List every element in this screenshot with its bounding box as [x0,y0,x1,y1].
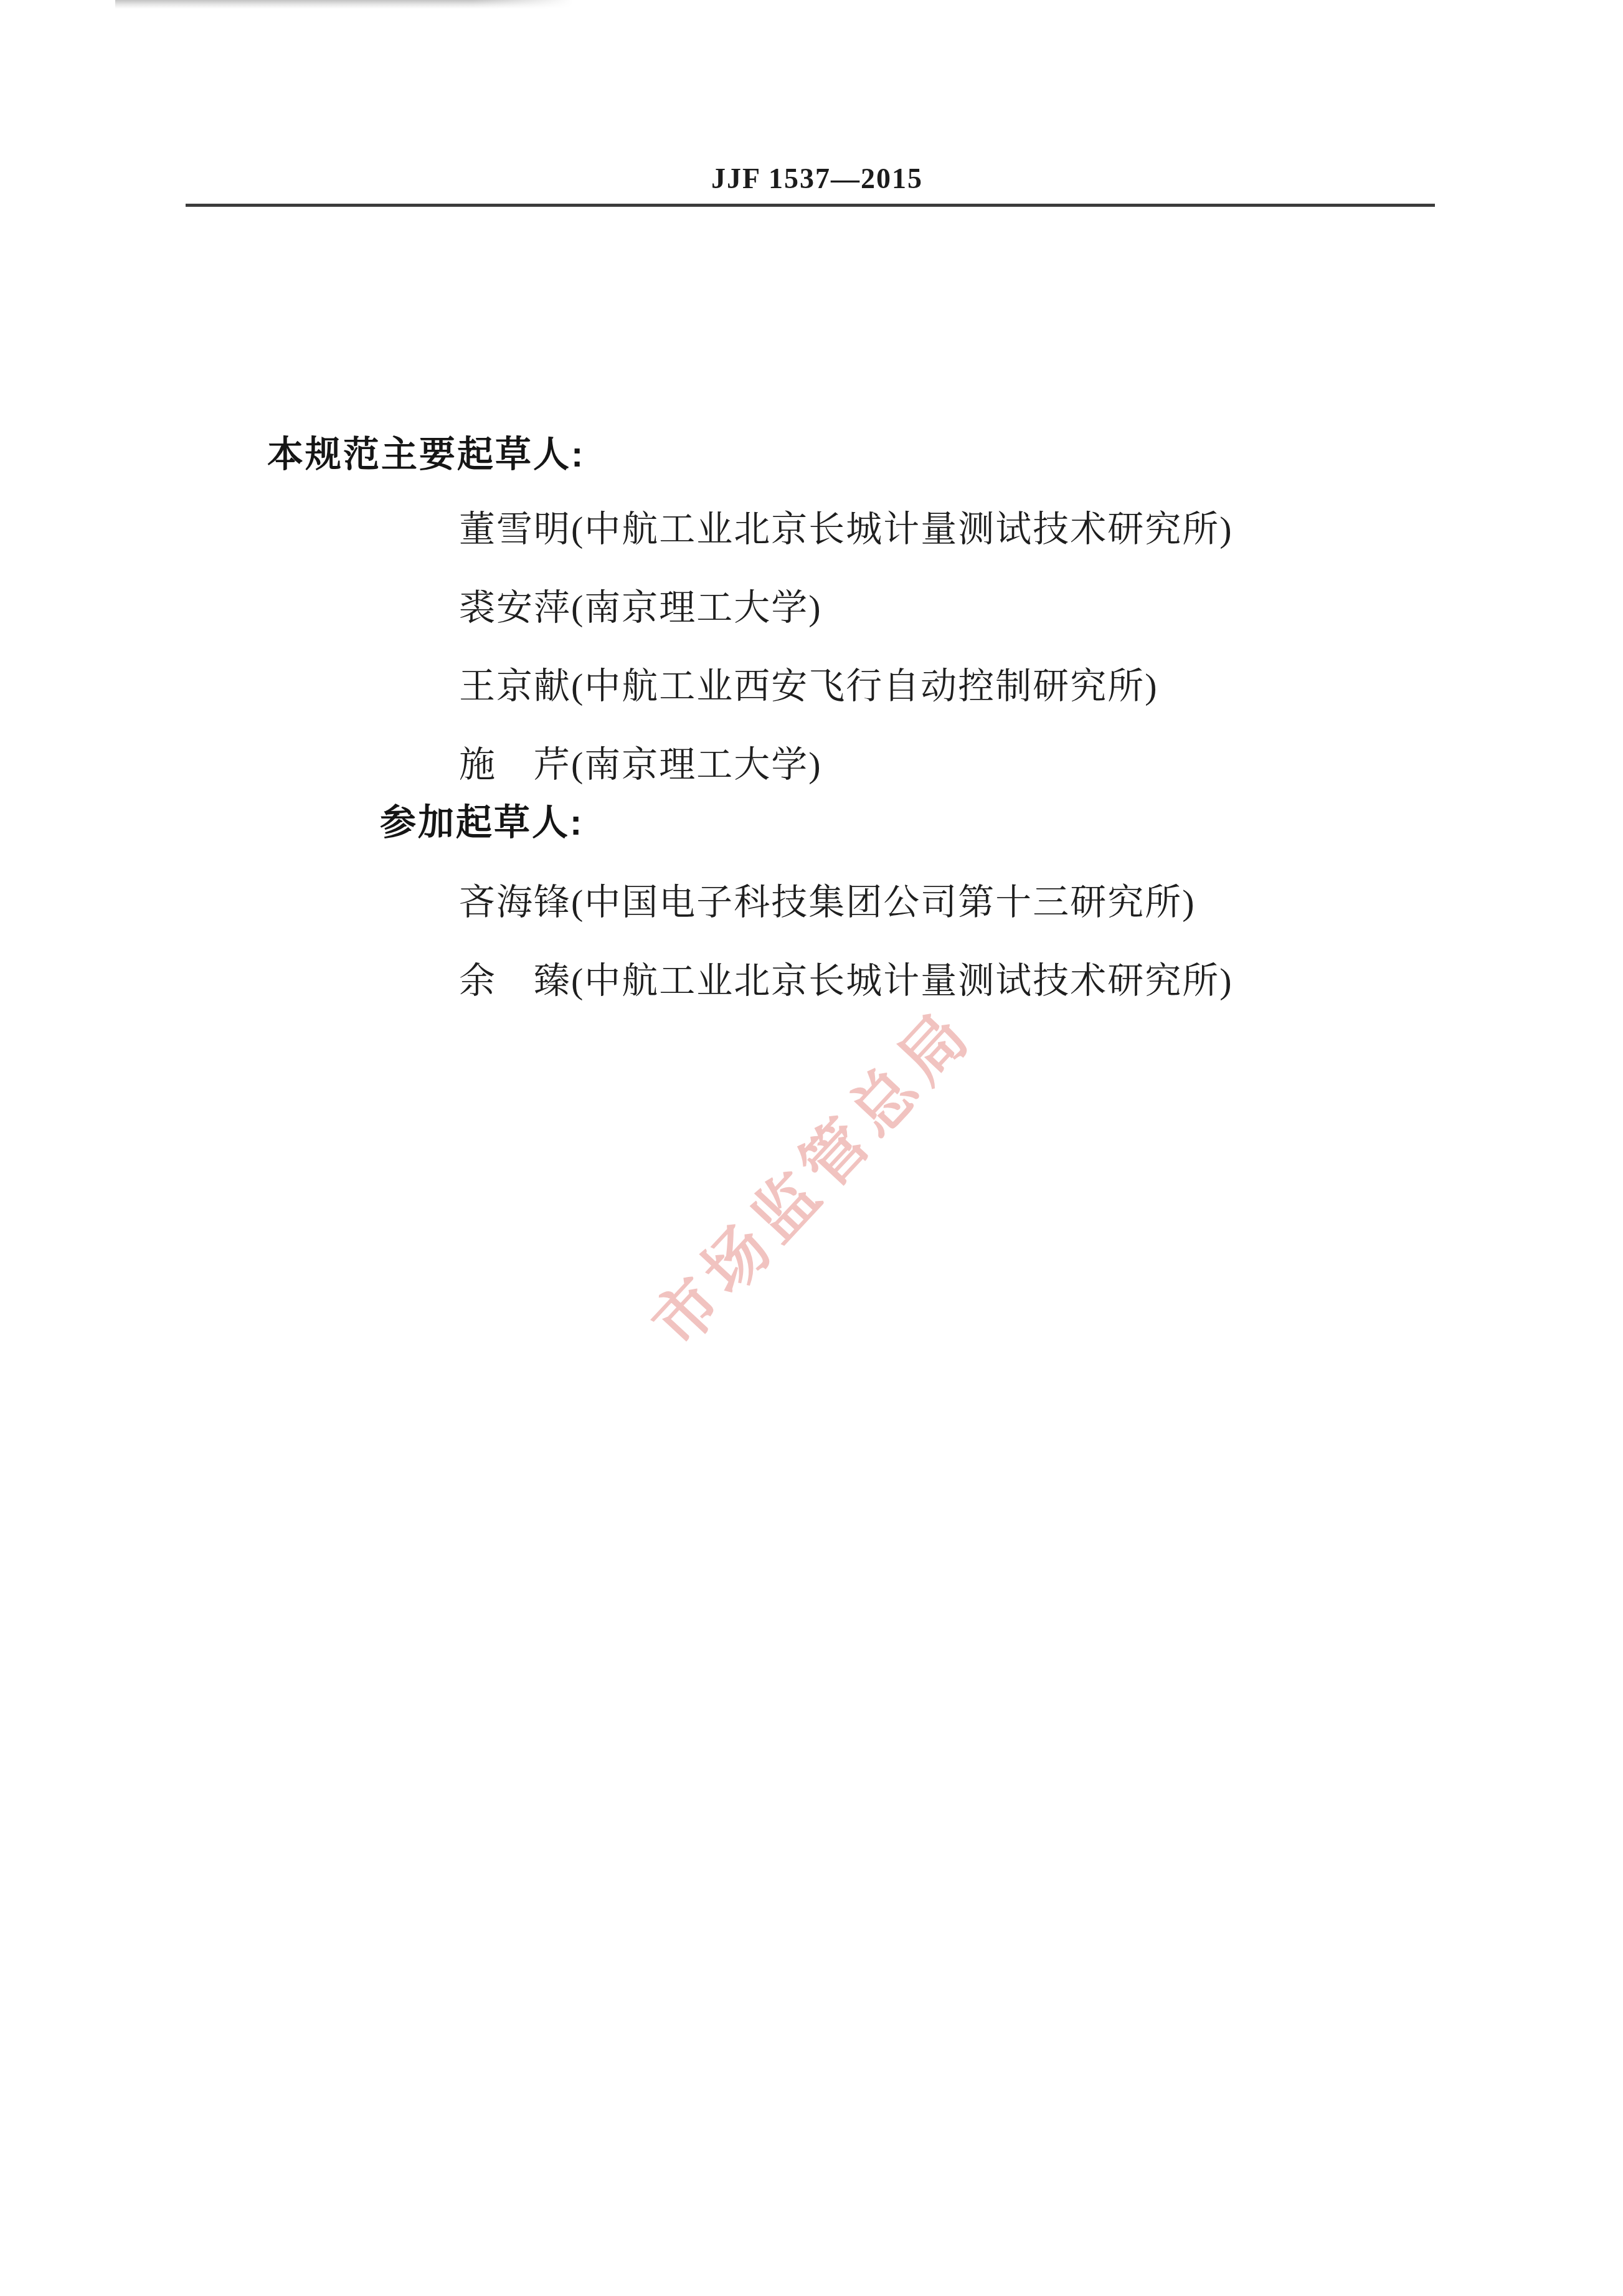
drafter-line: 裘安萍(南京理工大学) [459,588,822,628]
scan-edge-shadow [115,0,573,9]
standard-number-header: JJF 1537—2015 [711,162,923,195]
drafter-line: 吝海锋(中国电子科技集团公司第十三研究所) [459,883,1196,923]
main-drafters-heading: 本规范主要起草人: [267,435,585,475]
header-rule [186,204,1435,207]
drafter-line: 施 芹(南京理工大学) [459,745,822,785]
participating-drafters-heading: 参加起草人: [380,803,584,843]
drafter-line: 余 臻(中航工业北京长城计量测试技术研究所) [459,961,1233,1001]
drafter-line: 王京献(中航工业西安飞行自动控制研究所) [459,667,1158,706]
scanned-document-page: { "doc": { "header": { "standard_number"… [0,0,1623,2296]
drafter-line: 董雪明(中航工业北京长城计量测试技术研究所) [459,510,1233,549]
agency-watermark: 市场监管总局 [628,985,990,1364]
